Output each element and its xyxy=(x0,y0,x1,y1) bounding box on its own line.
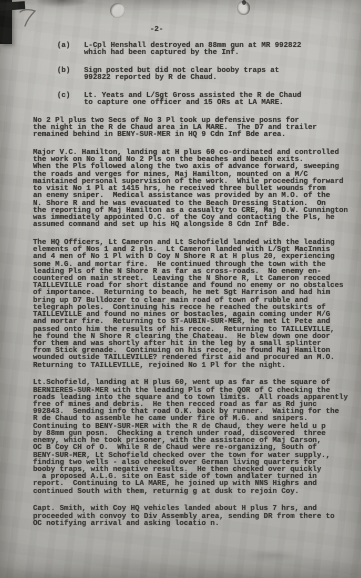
punch-hole-right xyxy=(237,1,250,15)
lettered-list: (a) L-Cpl Henshall destroyed an 88mm gun… xyxy=(57,43,357,107)
list-marker: (a) xyxy=(57,43,84,57)
punch-hole-left xyxy=(110,3,125,18)
list-item-b: (b) Sign posted but did not clear booby … xyxy=(57,68,357,82)
bottom-smudge xyxy=(246,550,298,561)
list-item-a: (a) L-Cpl Henshall destroyed an 88mm gun… xyxy=(57,43,357,57)
list-item-c: (c) Lt. Yeats and L/Sgt Gross assisted t… xyxy=(57,93,357,107)
paragraph-major-hamilton: Major V.C. Hamilton, landing at H plus 6… xyxy=(33,150,357,229)
scanned-page: -2- (a) L-Cpl Henshall destroyed an 88mm… xyxy=(0,0,361,578)
list-item-text: Sign posted but did not clear booby trap… xyxy=(84,68,357,82)
pencil-mark xyxy=(16,6,46,30)
list-marker: (b) xyxy=(57,68,84,82)
paragraph-capt-smith: Capt. Smith, with Coy HQ vehicles landed… xyxy=(33,506,357,528)
paragraph-hq-officers: The HQ Officers, Lt Cameron and Lt Schof… xyxy=(33,240,357,370)
paragraph-defensive-posns: No 2 Pl plus two Secs of No 3 Pl took up… xyxy=(33,118,357,140)
list-item-text: Lt. Yeats and L/Sgt Gross assisted the R… xyxy=(84,93,357,107)
top-edge-haze xyxy=(80,0,220,10)
document-body: (a) L-Cpl Henshall destroyed an 88mm gun… xyxy=(33,43,357,528)
list-marker: (c) xyxy=(57,93,84,107)
page-number: -2- xyxy=(150,27,163,34)
list-item-text: L-Cpl Henshall destroyed an 88mm gun at … xyxy=(84,43,357,57)
paragraph-lt-schofield: Lt.Schofield, landing at H plus 60, went… xyxy=(33,380,357,496)
